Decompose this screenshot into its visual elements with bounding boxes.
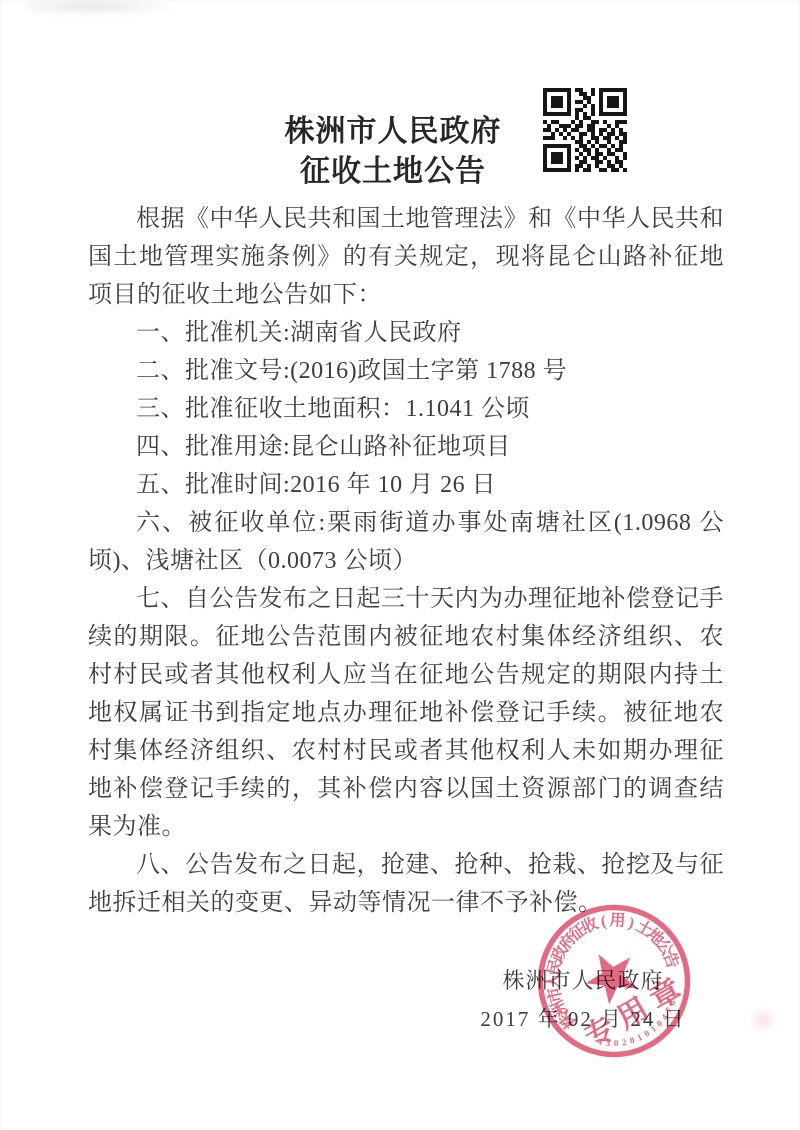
- official-seal-stamp: 株洲市人民政府征收(用)土地公告专用章4302010104788: [534, 901, 694, 1061]
- paragraph-intro: 根据《中华人民共和国土地管理法》和《中华人民共和国土地管理实施条例》的有关规定，…: [88, 200, 724, 314]
- scan-smudge: [28, 0, 183, 16]
- document-body: 根据《中华人民共和国土地管理法》和《中华人民共和国土地管理实施条例》的有关规定，…: [88, 200, 724, 922]
- svg-text:0: 0: [629, 1035, 637, 1046]
- svg-text:(: (: [599, 913, 607, 931]
- svg-text:用: 用: [609, 911, 626, 930]
- paragraph-item-3: 三、批准征收土地面积：1.1041 公顷: [88, 390, 724, 428]
- seal-graphic: 株洲市人民政府征收(用)土地公告专用章4302010104788: [534, 901, 694, 1061]
- title-line-1: 株洲市人民政府: [0, 112, 786, 152]
- scan-smudge: [748, 1008, 778, 1032]
- svg-text:2: 2: [621, 1037, 628, 1048]
- svg-text:用: 用: [612, 992, 654, 1036]
- scanned-document-page: 株洲市人民政府 征收土地公告 根据《中华人民共和国土地管理法》和《中华人民共和国…: [0, 0, 800, 1130]
- paragraph-item-5: 五、批准时间:2016 年 10 月 26 日: [88, 466, 724, 504]
- paragraph-item-4: 四、批准用途:昆仑山路补征地项目: [88, 428, 724, 466]
- svg-text:0: 0: [614, 1038, 619, 1048]
- document-title: 株洲市人民政府 征收土地公告: [0, 112, 786, 192]
- paragraph-item-6: 六、被征收单位:栗雨街道办事处南塘社区(1.0968 公顷)、浅塘社区（0.00…: [88, 504, 724, 580]
- paragraph-item-1: 一、批准机关:湖南省人民政府: [88, 314, 724, 352]
- title-line-2: 征收土地公告: [0, 152, 786, 192]
- paragraph-item-2: 二、批准文号:(2016)政国土字第 1788 号: [88, 352, 724, 390]
- paragraph-item-7: 七、自公告发布之日起三十天内为办理征地补偿登记手续的期限。征地公告范围内被征地农…: [88, 580, 724, 846]
